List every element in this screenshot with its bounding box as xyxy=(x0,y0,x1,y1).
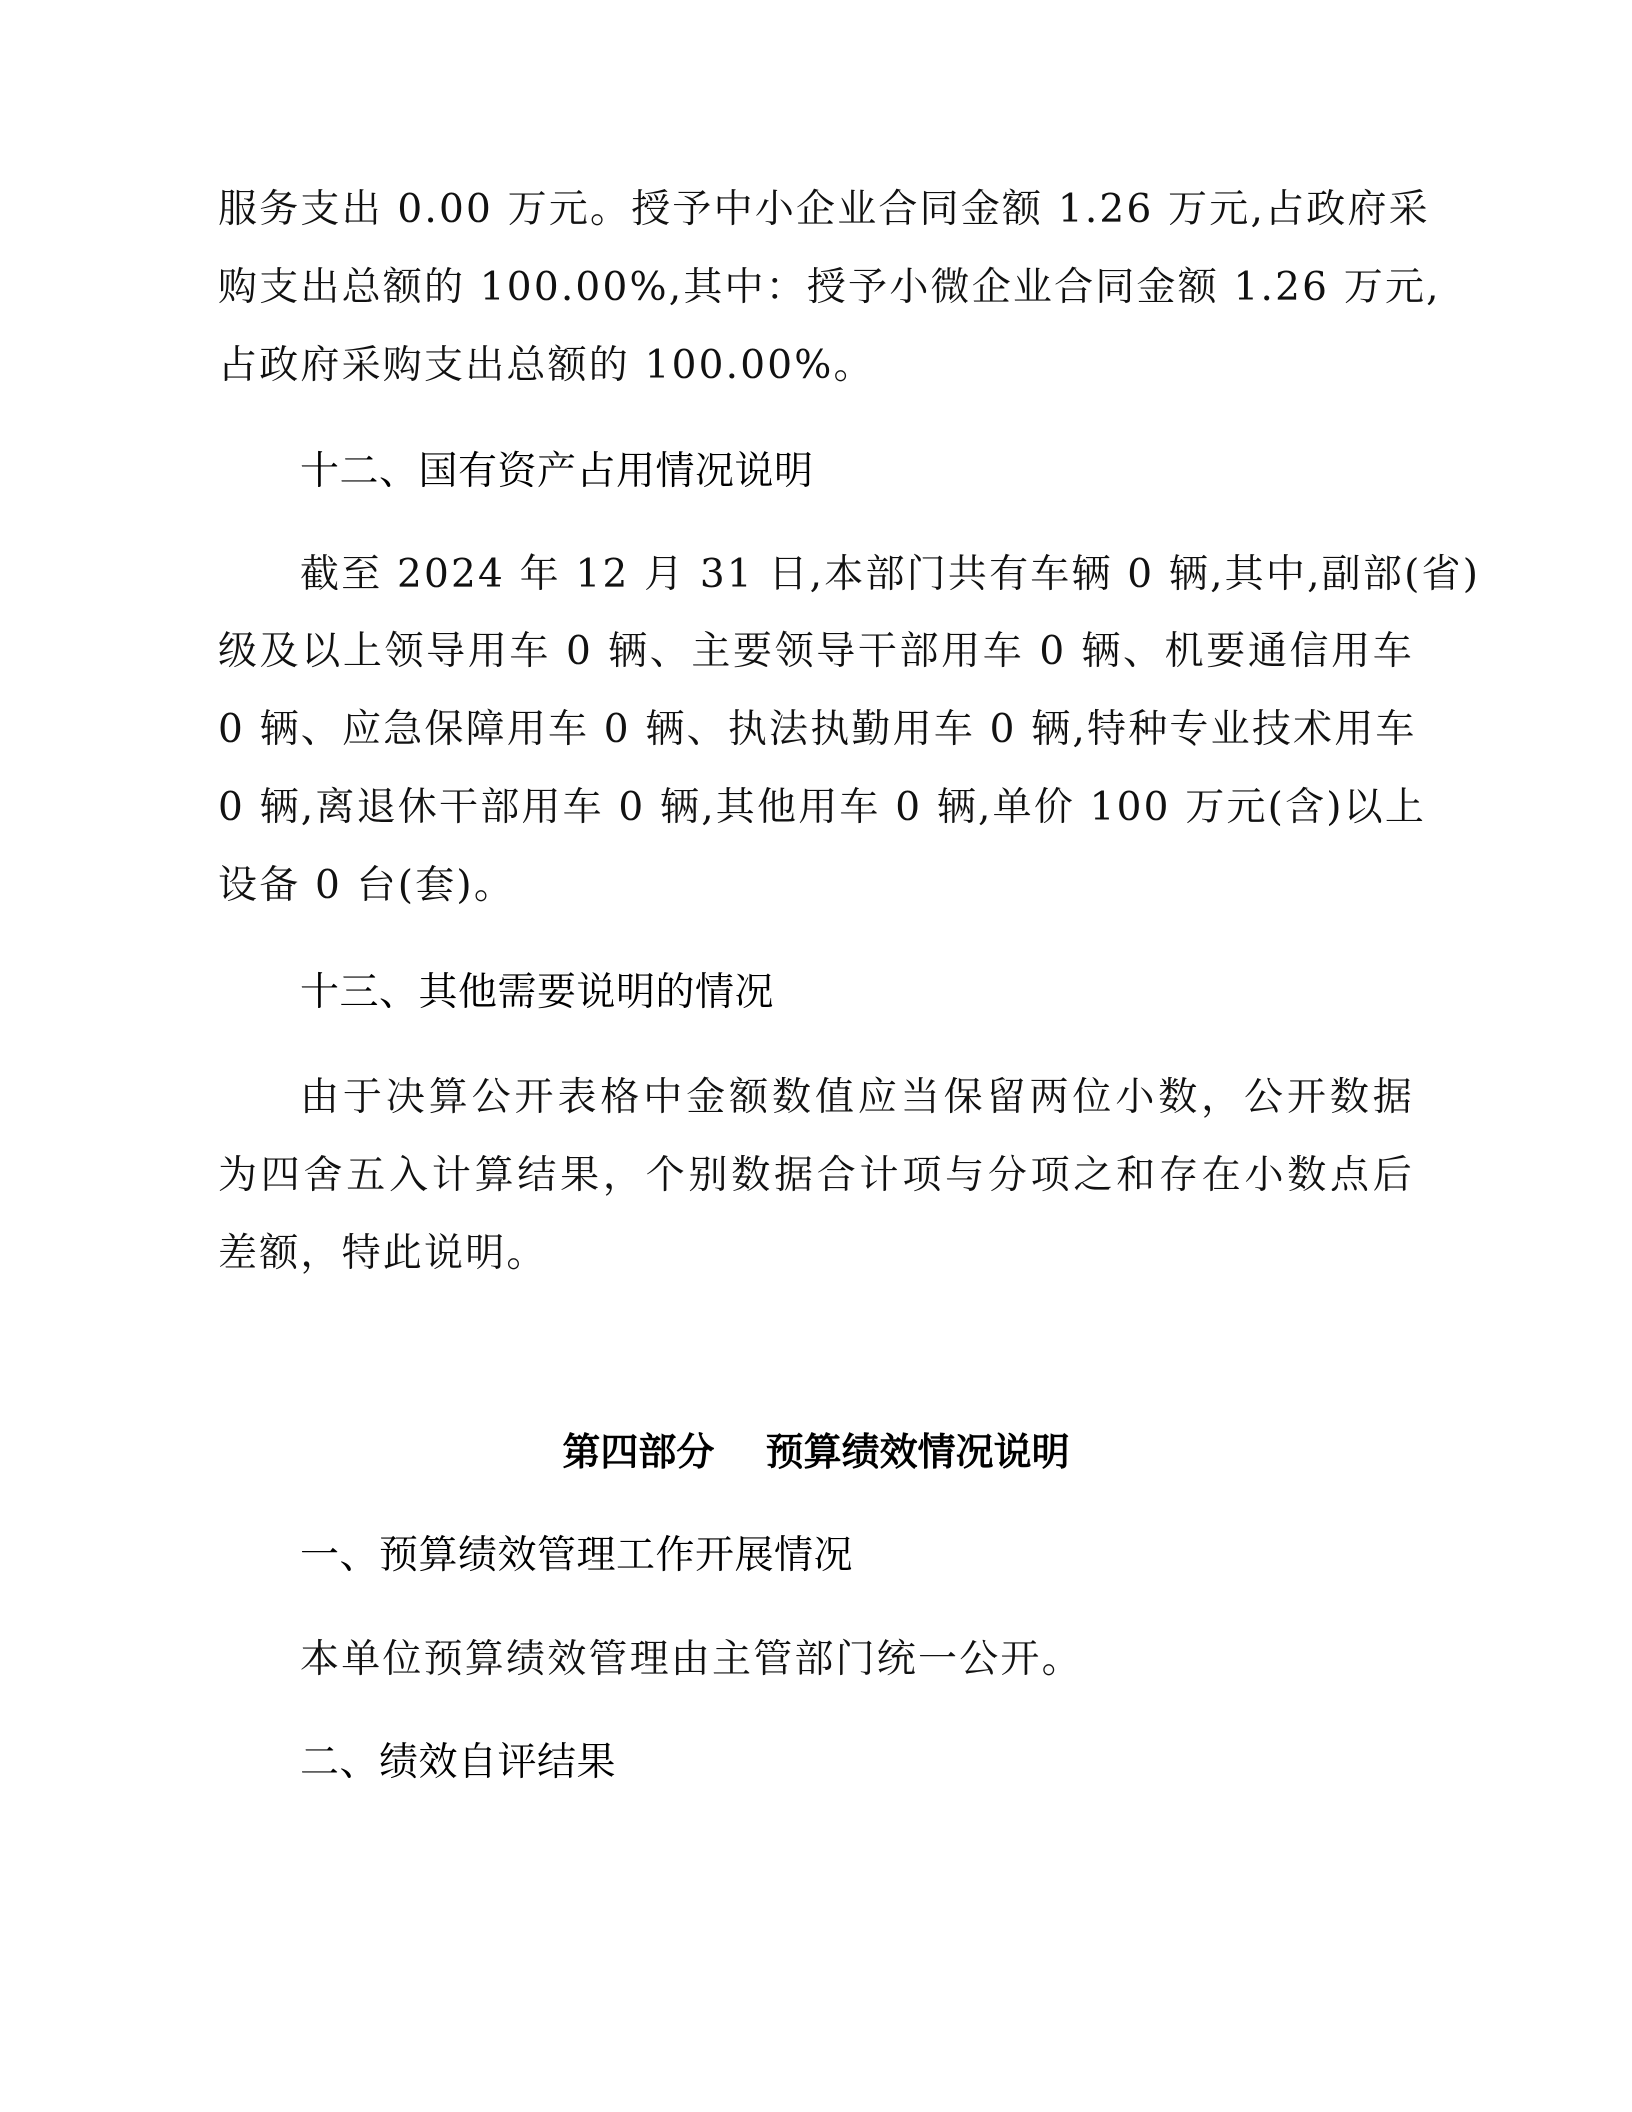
part-title: 第四部分 预算绩效情况说明 xyxy=(0,1424,1632,1480)
paragraph-line: 本单位预算绩效管理由主管部门统一公开。 xyxy=(300,1632,1414,1688)
section-heading-self-evaluation: 二、绩效自评结果 xyxy=(300,1735,616,1791)
section-heading-performance-management: 一、预算绩效管理工作开展情况 xyxy=(300,1528,853,1584)
document-page: 服务支出 0.00 万元。授予中小企业合同金额 1.26 万元,占政府采 购支出… xyxy=(0,0,1632,2112)
paragraph-line: 0 辆,离退休干部用车 0 辆,其他用车 0 辆,单价 100 万元(含)以上 xyxy=(218,780,1414,836)
paragraph-line: 占政府采购支出总额的 100.00%。 xyxy=(218,338,1414,394)
section-heading-other-notes: 十三、其他需要说明的情况 xyxy=(300,965,774,1021)
paragraph-line: 0 辆、应急保障用车 0 辆、执法执勤用车 0 辆,特种专业技术用车 xyxy=(218,702,1414,758)
paragraph-line: 由于决算公开表格中金额数值应当保留两位小数，公开数据 xyxy=(300,1070,1414,1126)
section-heading-state-assets: 十二、国有资产占用情况说明 xyxy=(300,444,814,500)
paragraph-line: 级及以上领导用车 0 辆、主要领导干部用车 0 辆、机要通信用车 xyxy=(218,624,1414,680)
paragraph-line: 服务支出 0.00 万元。授予中小企业合同金额 1.26 万元,占政府采 xyxy=(218,182,1414,238)
paragraph-line: 购支出总额的 100.00%,其中：授予小微企业合同金额 1.26 万元, xyxy=(218,260,1414,316)
paragraph-line: 设备 0 台(套)。 xyxy=(218,858,1414,914)
paragraph-line: 为四舍五入计算结果，个别数据合计项与分项之和存在小数点后 xyxy=(218,1148,1414,1204)
paragraph-line: 差额，特此说明。 xyxy=(218,1226,1414,1282)
paragraph-line: 截至 2024 年 12 月 31 日,本部门共有车辆 0 辆,其中,副部(省) xyxy=(300,547,1414,603)
